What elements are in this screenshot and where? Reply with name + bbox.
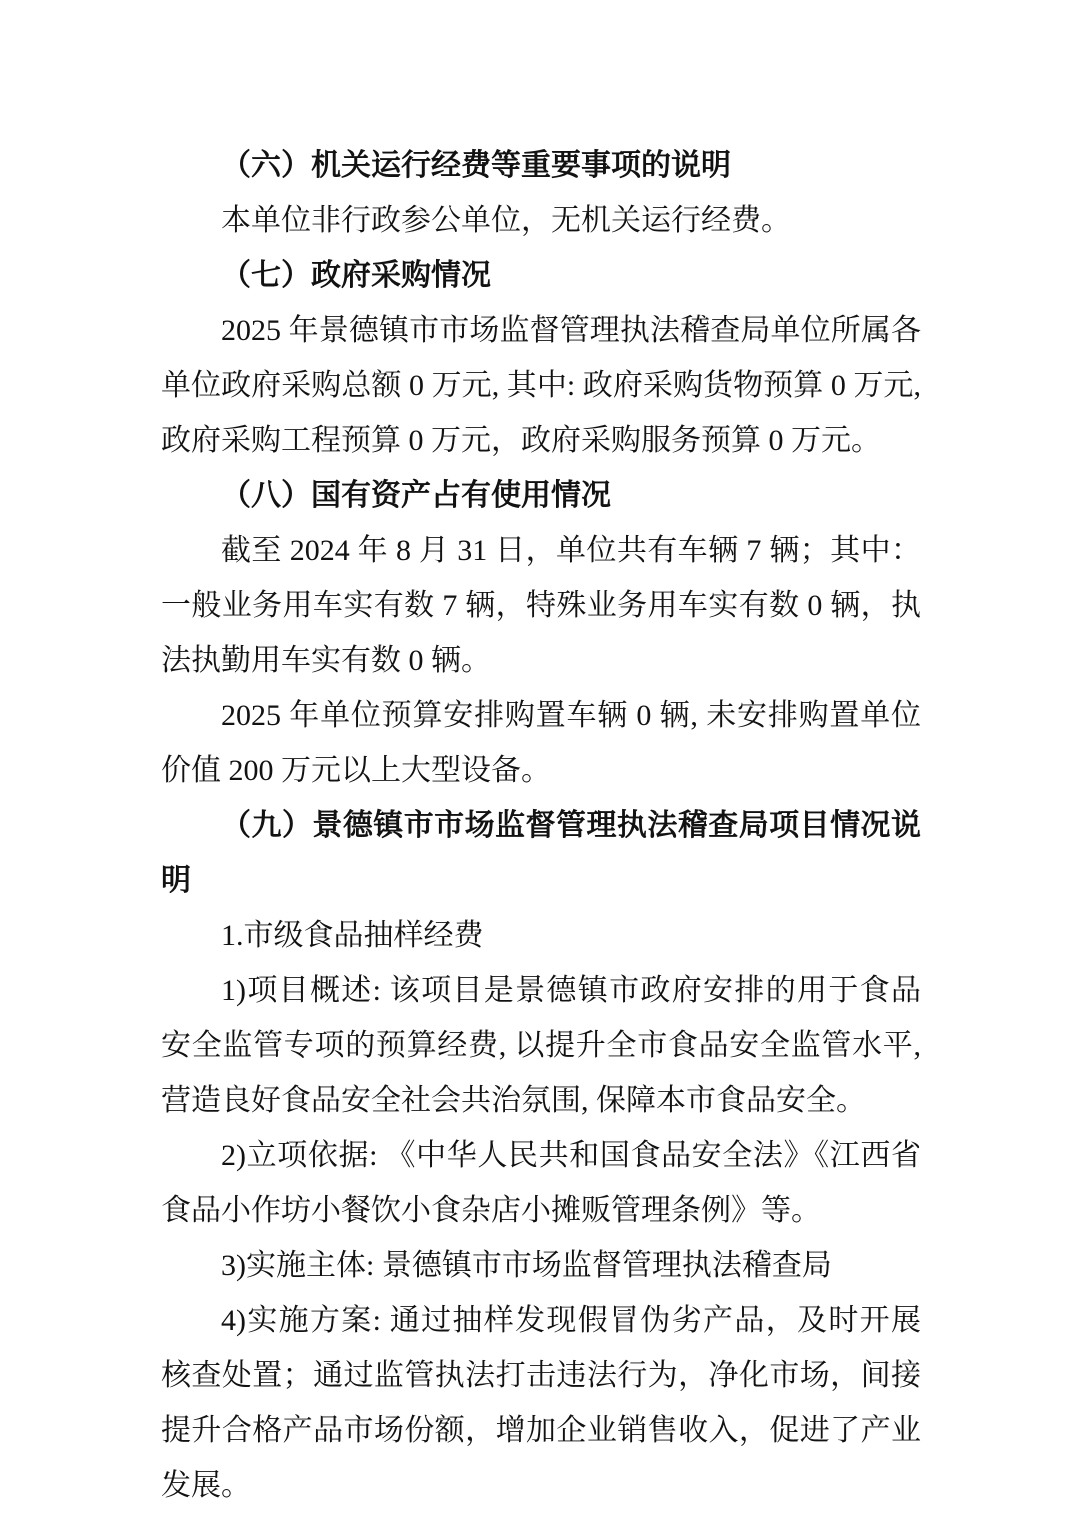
document-page: （六）机关运行经费等重要事项的说明 本单位非行政参公单位，无机关运行经费。 （七… [0, 0, 1074, 1520]
paragraph: 2025 年景德镇市市场监督管理执法稽查局单位所属各单位政府采购总额 0 万元,… [161, 303, 921, 468]
paragraph: 2)立项依据: 《中华人民共和国食品安全法》《江西省食品小作坊小餐饮小食杂店小摊… [161, 1128, 921, 1238]
paragraph: 截至 2024 年 8 月 31 日，单位共有车辆 7 辆；其中：一般业务用车实… [161, 523, 921, 688]
paragraph: 3)实施主体: 景德镇市市场监督管理执法稽查局 [161, 1238, 921, 1293]
list-item-1: 1.市级食品抽样经费 [161, 908, 921, 963]
paragraph: 本单位非行政参公单位，无机关运行经费。 [161, 193, 921, 248]
section-heading-8: （八）国有资产占有使用情况 [161, 468, 921, 523]
paragraph: 2025 年单位预算安排购置车辆 0 辆, 未安排购置单位价值 200 万元以上… [161, 688, 921, 798]
document-content: （六）机关运行经费等重要事项的说明 本单位非行政参公单位，无机关运行经费。 （七… [161, 138, 921, 1513]
section-heading-9: （九）景德镇市市场监督管理执法稽查局项目情况说明 [161, 798, 921, 908]
paragraph: 4)实施方案: 通过抽样发现假冒伪劣产品，及时开展核查处置；通过监管执法打击违法… [161, 1293, 921, 1513]
paragraph: 1)项目概述: 该项目是景德镇市政府安排的用于食品安全监管专项的预算经费, 以提… [161, 963, 921, 1128]
section-heading-6: （六）机关运行经费等重要事项的说明 [161, 138, 921, 193]
section-heading-7: （七）政府采购情况 [161, 248, 921, 303]
